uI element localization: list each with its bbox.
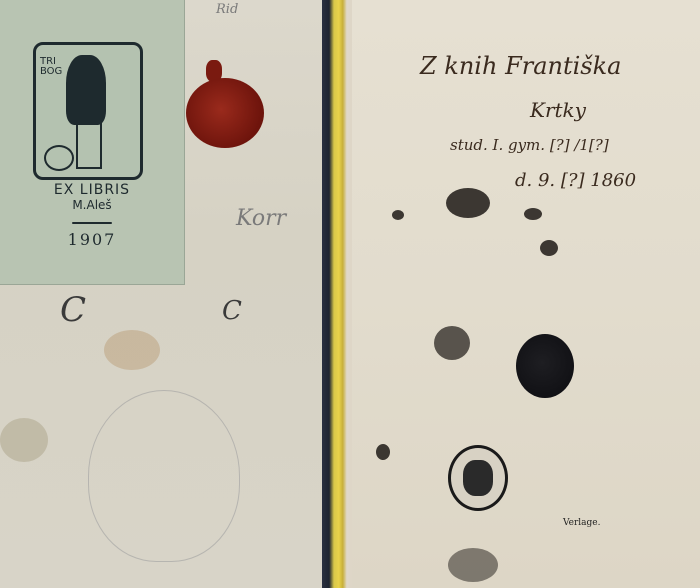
ink-blot: [376, 444, 390, 460]
pencil-sketch-head: [88, 390, 240, 562]
ink-letter-right: C: [222, 296, 242, 326]
stain: [0, 418, 48, 462]
emblem-text: TRI BOG: [40, 57, 62, 77]
stag-icon: [463, 460, 493, 496]
black-wax-seal: [516, 334, 574, 398]
inscription-line2: Krtky: [530, 98, 586, 122]
left-page: TRI BOG EX LIBRIS M.Aleš 1907 Rid Korr C…: [0, 0, 326, 588]
bookplate-emblem: TRI BOG: [33, 42, 143, 180]
bookplate-owner: M.Aleš: [0, 198, 184, 212]
inscription-line4: d. 9. [?] 1860: [515, 170, 636, 191]
ink-blot: [434, 326, 470, 360]
stain: [104, 330, 160, 370]
pencil-note-middle: Korr: [236, 206, 286, 231]
bookplate-heading: EX LIBRIS: [0, 182, 184, 198]
pot-icon: [44, 145, 74, 171]
pencil-note-top: Rid: [216, 2, 238, 17]
ink-blot: [446, 188, 490, 218]
ink-blot: [392, 210, 404, 220]
red-wax-seal: [186, 78, 264, 148]
bookplate-year: 1907: [0, 230, 184, 249]
ink-blot: [524, 208, 542, 220]
emblem-text-line2: BOG: [40, 66, 62, 77]
printed-text: Verlage.: [563, 518, 601, 528]
bookplate: TRI BOG EX LIBRIS M.Aleš 1907: [0, 0, 185, 285]
right-page: [352, 0, 700, 588]
stag-stamp: [448, 445, 508, 511]
bookplate-divider: [72, 222, 112, 224]
inscription-line1: Z knih Františka: [420, 52, 621, 80]
door-icon: [76, 115, 102, 169]
ink-letter-left: C: [60, 290, 86, 330]
ink-blot: [448, 548, 498, 582]
ink-blot: [540, 240, 558, 256]
inscription-line3: stud. I. gym. [?] /1[?]: [450, 136, 609, 154]
